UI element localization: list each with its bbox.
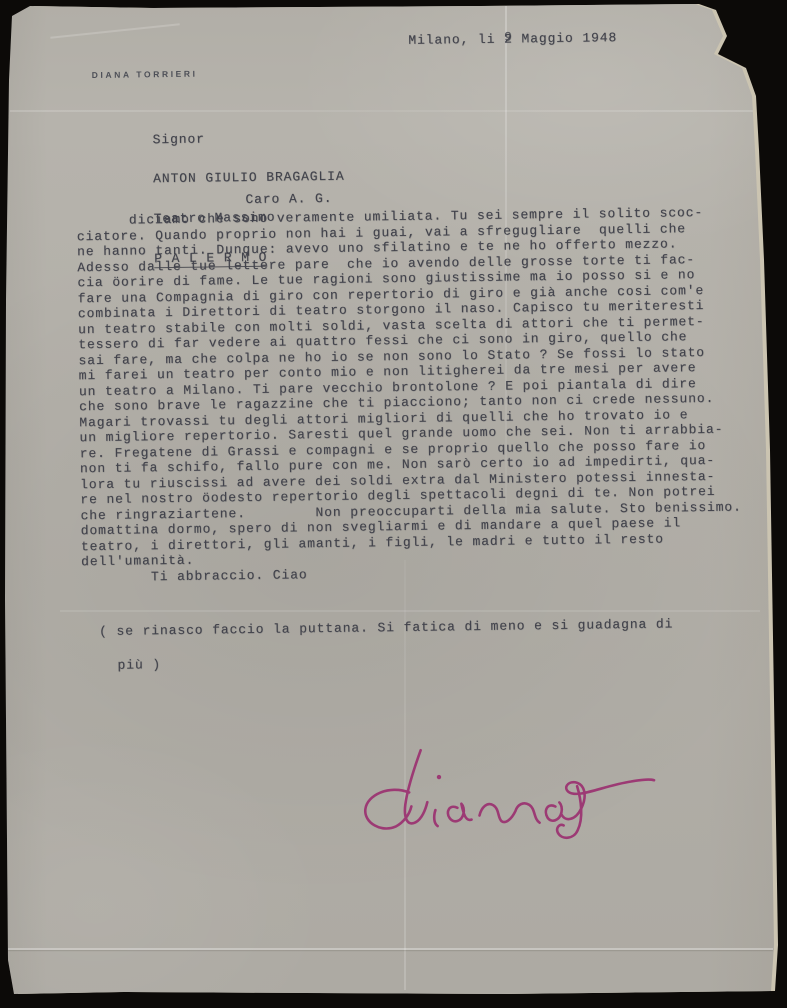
date-suffix: Maggio 1948 [513,30,618,46]
handwritten-signature [351,736,672,855]
letterhead-name: DIANA TORRIERI [92,69,198,80]
greeting: Caro A. G. [245,191,332,207]
letter-body: diciamo che sono veramente umiliata. Tu … [77,205,743,586]
postscript-line-2: più ) [117,657,161,673]
recipient-title: Signor [153,130,345,146]
recipient-name: ANTON GIULIO BRAGAGLIA [153,170,345,186]
postscript-line-1: ( se rinasco faccio la puttana. Si fatic… [99,616,673,639]
date-day-ghost: 9 [504,30,513,45]
date-day-overstrike: 92 [504,32,513,47]
letter-paper: DIANA TORRIERI Milano, li 92 Maggio 1948… [0,0,787,1008]
date-line: Milano, li 92 Maggio 1948 [408,30,617,48]
scanned-letter: DIANA TORRIERI Milano, li 92 Maggio 1948… [0,0,787,1008]
date-prefix: Milano, li [408,32,504,48]
typed-content: DIANA TORRIERI Milano, li 92 Maggio 1948… [0,0,787,1008]
